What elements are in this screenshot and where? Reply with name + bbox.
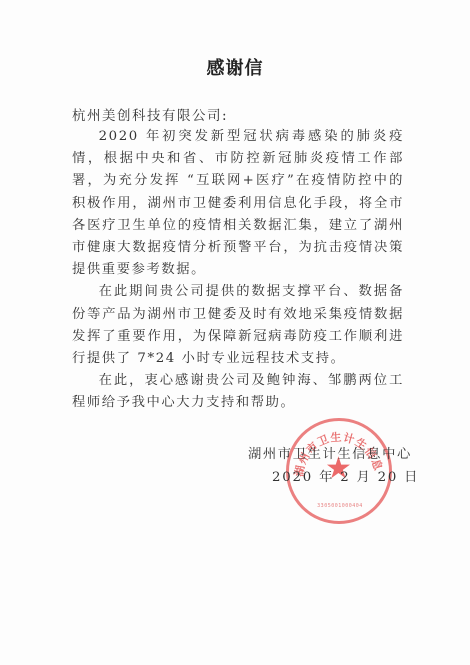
signature: 湖州市卫生计生信息中心	[248, 443, 412, 462]
seal-number: 3305001000404	[307, 503, 373, 509]
salutation: 杭州美创科技有限公司:	[72, 104, 228, 124]
letter-title: 感谢信	[0, 54, 470, 80]
letter-body: 2020 年初突发新型冠状病毒感染的肺炎疫情，根据中央和省、市防控新冠肺炎疫情工…	[72, 126, 404, 415]
paragraph-1: 2020 年初突发新型冠状病毒感染的肺炎疫情，根据中央和省、市防控新冠肺炎疫情工…	[72, 126, 404, 281]
paragraph-2: 在此期间贵公司提供的数据支撑平台、数据备份等产品为湖州市卫健委及时有效地采集疫情…	[72, 281, 404, 370]
signature-date: 2020 年 2 月 20 日	[272, 466, 419, 485]
paragraph-3: 在此，衷心感谢贵公司及鲍钟海、邹鹏两位工程师给予我中心大力支持和帮助。	[72, 370, 404, 414]
letter-page: 感谢信 杭州美创科技有限公司: 2020 年初突发新型冠状病毒感染的肺炎疫情，根…	[0, 0, 470, 665]
